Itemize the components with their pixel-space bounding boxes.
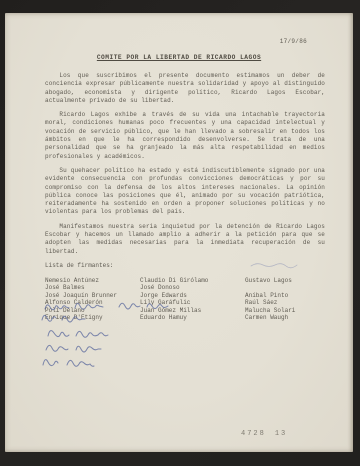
signer-column-3: Gustavo Lagos Aníbal Pinto Raúl Sáez Mal… [245, 277, 325, 321]
handwritten-signature-6 [41, 356, 101, 369]
signer-name: Eduardo Hamuy [140, 314, 245, 321]
paragraph-2: Ricardo Lagos exhibe a través de su vida… [45, 111, 325, 161]
document-date: 17/9/86 [280, 38, 307, 45]
stamp-page-number: 13 [275, 430, 287, 438]
signer-name: Aníbal Pinto [245, 292, 325, 299]
document-body: Los que suscribimos el presente document… [45, 72, 325, 321]
archive-stamp: 472813 [241, 430, 287, 438]
signer-name: Malucha Solari [245, 307, 325, 314]
document-title: COMITE POR LA LIBERTAD DE RICARDO LAGOS [5, 54, 353, 61]
handwritten-signature-5 [44, 342, 108, 354]
handwritten-signature-2 [117, 299, 173, 310]
signer-name: Gustavo Lagos [245, 277, 325, 284]
faint-signature-mark [250, 262, 298, 269]
signer-name: Claudio Di Girólamo [140, 277, 245, 284]
signer-name: José Balmes [45, 284, 140, 291]
signer-name: Carmen Waugh [245, 314, 325, 321]
handwritten-signature-1 [43, 300, 107, 312]
signer-name: José Donoso [140, 284, 245, 291]
document-page: 17/9/86 COMITE POR LA LIBERTAD DE RICARD… [5, 13, 353, 452]
faint-signature-gap [245, 284, 325, 291]
handwritten-signature-4 [46, 327, 116, 340]
signer-name: Raúl Sáez [245, 299, 325, 306]
paragraph-1: Los que suscribimos el presente document… [45, 72, 325, 105]
scanned-document: 17/9/86 COMITE POR LA LIBERTAD DE RICARD… [0, 0, 360, 466]
handwritten-signature-3 [40, 312, 88, 323]
paragraph-4: Manifestamos nuestra seria inquietud por… [45, 223, 325, 256]
signer-name: Nemesio Antúnez [45, 277, 140, 284]
stamp-number: 4728 [241, 430, 266, 438]
paragraph-3: Su quehacer político ha estado y está in… [45, 167, 325, 217]
